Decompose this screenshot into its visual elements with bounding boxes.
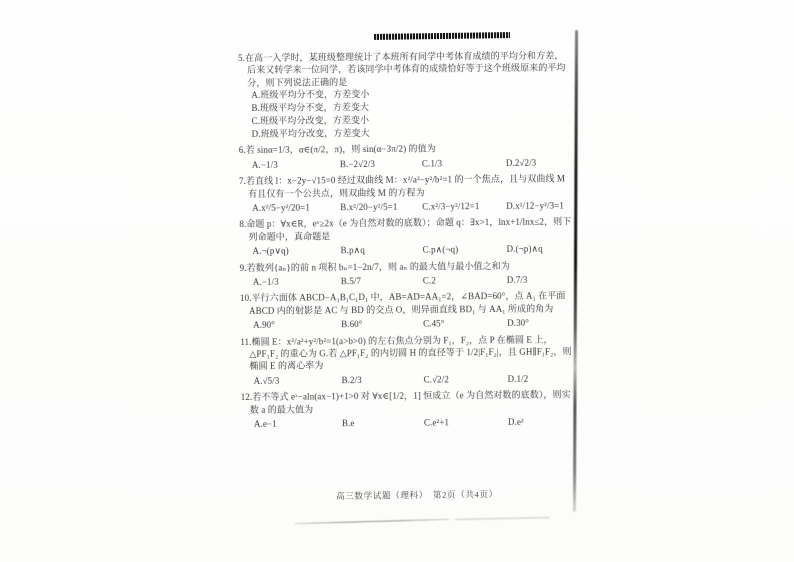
option-c: C.1/3 <box>422 157 506 170</box>
question-6: 6.若 sinα=1/3，α∈(π/2，π)，则 sin(α−3π/2) 的值为… <box>239 142 573 171</box>
scanned-exam-page: 5.在高一入学时，某班级整理统计了本班所有同学中考体育成绩的平均分和方差，后来又… <box>0 0 794 562</box>
question-5: 5.在高一入学时，某班级整理统计了本班所有同学中考体育成绩的平均分和方差，后来又… <box>238 49 573 140</box>
question-11: 11.椭圆 E：x²/a²+y²/b²=1(a>b>0) 的左右焦点分别为 F₁… <box>240 333 574 387</box>
question-options: A.e−1 B.e C.e²+1 D.e² <box>241 415 575 430</box>
option-c: C.p∧(¬q) <box>423 243 507 256</box>
option-a: A.e−1 <box>254 417 342 430</box>
option-a: A.−1/3 <box>252 158 340 171</box>
option-c: C.√2/2 <box>424 373 508 386</box>
question-text: 7.若直线 l：x−2y−√15=0 经过双曲线 M：x²/a²−y²/b²=1… <box>239 172 573 199</box>
option-b: B.e <box>342 417 424 430</box>
page-bottom-edge-shadow <box>455 517 550 520</box>
option-c: C.e²+1 <box>424 416 508 429</box>
question-text: 5.在高一入学时，某班级整理统计了本班所有同学中考体育成绩的平均分和方差，后来又… <box>238 49 572 89</box>
question-options: A.班级平均分不变，方差变小 B.班级平均分不变，方差变大 C.班级平均分改变，… <box>238 87 572 141</box>
question-7: 7.若直线 l：x−2y−√15=0 经过双曲线 M：x²/a²−y²/b²=1… <box>239 172 573 214</box>
option-d: D.(¬p)∧q <box>507 242 574 255</box>
question-text: 6.若 sinα=1/3，α∈(π/2，π)，则 sin(α−3π/2) 的值为 <box>239 142 573 157</box>
option-b: B.5/7 <box>341 274 423 287</box>
option-d: D.7/3 <box>507 273 574 286</box>
option-d: D.e² <box>508 415 575 428</box>
question-options: A.√5/3 B.2/3 C.√2/2 D.1/2 <box>241 372 575 387</box>
question-text: 11.椭圆 E：x²/a²+y²/b²=1(a>b>0) 的左右焦点分别为 F₁… <box>240 333 574 373</box>
question-text: 10.平行六面体 ABCD−A₁B₁C₁D₁ 中，AB=AD=AA₁=2，∠BA… <box>240 290 574 317</box>
exam-content: 5.在高一入学时，某班级整理统计了本班所有同学中考体育成绩的平均分和方差，后来又… <box>238 49 575 434</box>
option-c: C.x²/3−y²/12=1 <box>422 200 506 213</box>
question-text: 8.命题 p：∀x∈R，eˣ≥2x（e 为自然对数的底数）；命题 q：∃x>1，… <box>239 216 573 243</box>
question-options: A.¬(p∨q) B.p∧q C.p∧(¬q) D.(¬p)∧q <box>240 242 574 257</box>
option-a: A.−1/3 <box>253 275 341 288</box>
option-b: B.2/3 <box>342 373 424 386</box>
option-d: D.x²/12−y²/3=1 <box>506 199 573 212</box>
question-8: 8.命题 p：∀x∈R，eˣ≥2x（e 为自然对数的底数）；命题 q：∃x>1，… <box>239 216 573 258</box>
question-options: A.−1/3 B.5/7 C.2 D.7/3 <box>240 273 574 288</box>
option-c: C.45° <box>423 317 507 330</box>
question-text: 12.若不等式 eˣ−aln(ax−1)+1>0 对 ∀x∈[1/2，1] 恒成… <box>241 389 575 416</box>
option-d: D.1/2 <box>508 372 575 385</box>
option-b: B.p∧q <box>341 244 423 257</box>
option-d: D.班级平均分改变，方差变大 <box>239 125 573 140</box>
option-a: A.√5/3 <box>254 374 342 387</box>
option-c: C.2 <box>423 274 507 287</box>
option-a: A.x²/5−y²/20=1 <box>252 201 340 214</box>
question-options: A.−1/3 B.−2√2/3 C.1/3 D.2√2/3 <box>239 156 573 171</box>
option-b: B.x²/20−y²/5=1 <box>340 200 422 213</box>
option-d: D.30° <box>507 317 574 330</box>
question-options: A.x²/5−y²/20=1 B.x²/20−y²/5=1 C.x²/3−y²/… <box>239 199 573 214</box>
scan-registration-mark <box>374 32 510 40</box>
page-footer: 高三数学试题（理科） 第2页（共4页） <box>336 488 498 502</box>
option-d: D.2√2/3 <box>506 156 573 169</box>
page-bottom-edge-shadow <box>293 519 451 524</box>
option-a: A.¬(p∨q) <box>253 244 341 257</box>
question-12: 12.若不等式 eˣ−aln(ax−1)+1>0 对 ∀x∈[1/2，1] 恒成… <box>241 389 575 431</box>
option-b: B.60° <box>341 318 423 331</box>
question-10: 10.平行六面体 ABCD−A₁B₁C₁D₁ 中，AB=AD=AA₁=2，∠BA… <box>240 290 574 332</box>
option-b: B.−2√2/3 <box>340 157 422 170</box>
question-text: 9.若数列{aₙ}的前 n 项积 bₙ=1−2n/7，则 aₙ 的最大值与最小值… <box>240 259 574 274</box>
option-a: A.90° <box>253 318 341 331</box>
question-9: 9.若数列{aₙ}的前 n 项积 bₙ=1−2n/7，则 aₙ 的最大值与最小值… <box>240 259 574 288</box>
question-options: A.90° B.60° C.45° D.30° <box>240 317 574 332</box>
